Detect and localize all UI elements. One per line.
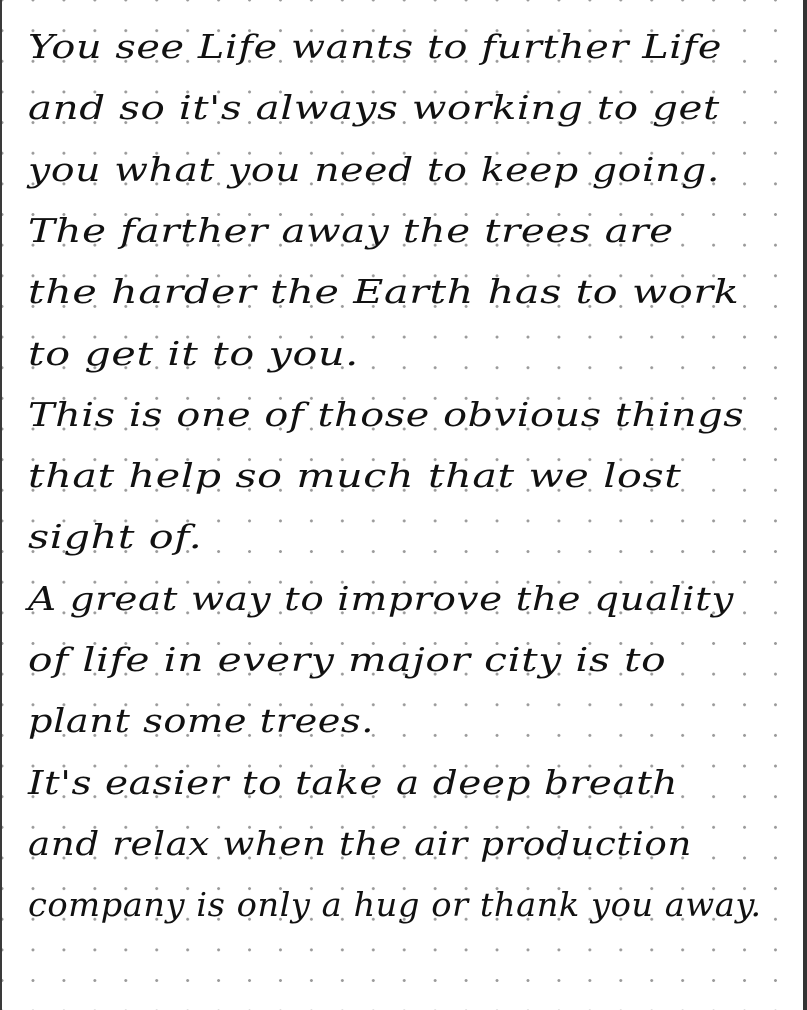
handwritten-line: that help so much that we lost [28,459,681,492]
page-right-border [803,0,807,1010]
handwritten-line: You see Life wants to further Life [28,30,722,63]
dot-grid-page: You see Life wants to further Life and s… [2,0,803,1010]
handwritten-line: It's easier to take a deep breath [28,766,678,799]
handwritten-line: The farther away the trees are [28,214,674,247]
handwritten-text: You see Life wants to further Life and s… [2,0,803,1010]
handwritten-line: This is one of those obvious things [28,398,744,431]
handwritten-line: to get it to you. [28,337,359,370]
handwritten-line: and relax when the air production [28,827,692,860]
handwritten-line: of life in every major city is to [28,643,666,676]
handwritten-line: A great way to improve the quality [28,582,734,615]
handwritten-line: and so it's always working to get [28,91,720,124]
handwritten-line: you what you need to keep going. [28,153,720,186]
handwritten-line: company is only a hug or thank you away. [28,888,762,921]
handwritten-line: the harder the Earth has to work [28,275,739,308]
handwritten-line: sight of. [28,520,202,553]
handwritten-line: plant some trees. [28,704,374,737]
